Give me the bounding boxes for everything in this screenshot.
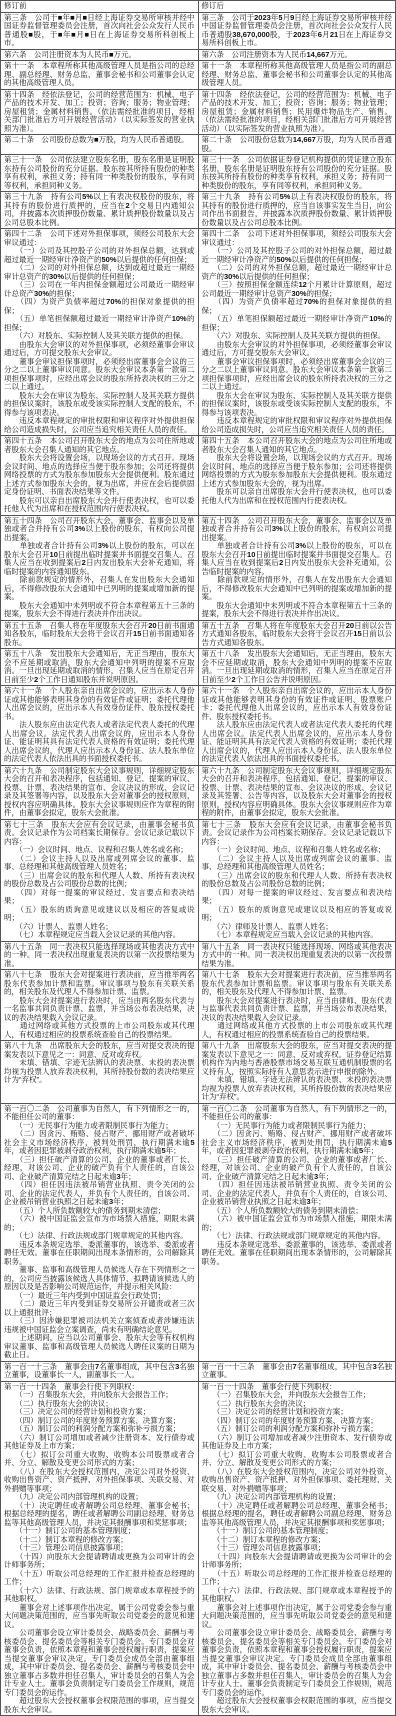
- before-cell-article-102: 第一百〇二条 公司董事为自然人，有下列情形之一的，不能担任公司的董事： （一）无…: [1, 1103, 199, 1361]
- revision-row: 第四十五条 本公司召开股东大会的地点为公司住所地或者股东大会召集人通知的其它地点…: [1, 436, 396, 516]
- after-cell-article-11: 第十一条 本章程所称其他高级管理人员是指公司的副总经理、财务总监、董事会秘书和公…: [198, 61, 396, 90]
- before-cell-article-31: 第三十一条 公司依法建立股东名册，股东名册是证明股东持有公司股份的充分证据。股东…: [1, 155, 199, 192]
- after-cell-article-113: 第一百一十三条 董事会由7名董事组成，其中包含3名独立董事。: [198, 1361, 396, 1381]
- before-cell-article-113: 第一百一十三条 董事会由7名董事组成，其中包含3名独立董事，设董事长一人，副董事…: [1, 1361, 199, 1381]
- after-cell-article-89: 第八十九条 出席股东大会的股东，应当对提交表决的提案发表以下意见之一：同意、反对…: [198, 1041, 396, 1104]
- before-cell-article-14: 第十四条 经依法登记，公司的经营范围为：机械、电子产品的技术开发、加工；投资；咨…: [1, 89, 199, 135]
- after-cell-article-58: 第五十八条 发出股东大会通知后，无正当理由，股东大会不应延期或取消，股东大会通知…: [198, 649, 396, 686]
- before-cell-article-54: 第五十四条 公司召开股东大会，董事会、监事会以及单独或者合并持有公司3%以上股份…: [1, 515, 199, 620]
- after-cell-article-54: 第五十四条 公司召开股东大会，董事会、监事会以及单独或者合并持有公司3%以上股份…: [198, 515, 396, 620]
- revision-row: 第八十七条 股东大会对提案进行表决前，应当推举两名股东代表参加计票和监票。审议事…: [1, 970, 396, 1041]
- after-cell-article-31: 第三十一条 公司依据证券登记机构提供的凭证建立股东名册，股东名册是证明股东持有公…: [198, 155, 396, 192]
- revision-row: 第五十八条 发出股东大会通知后，无正当理由，股东大会不应延期或取消，股东大会通知…: [1, 649, 396, 686]
- after-cell-article-39: 第三十九条 持有公司5%以上有表决权股份的股东，将其持有的股份进行质押的，应当自…: [198, 192, 396, 229]
- revision-row: 第五十五条 召集人将在年度股东大会召开20日前书面通知各股东，临时股东大会将于会…: [1, 620, 396, 649]
- before-cell-article-3: 第三条 公司于■年■月■日经上海证券交易所审核并经中国证券监督管理委员会注册，首…: [1, 12, 199, 49]
- after-cell-article-87: 第八十七条 股东大会对提案进行表决前，应当推举两名股东代表参加计票和监票。审议事…: [198, 970, 396, 1041]
- before-cell-article-6: 第六条 公司注册资本为人民币■万元。: [1, 49, 199, 61]
- after-cell-article-14: 第十四条 经依法登记，公司的经营范围为：机械、电子产品的技术开发、加工；投资；咨…: [198, 89, 396, 135]
- after-cell-article-45: 第四十五条 本公司召开股东大会的地点为公司住所地或者股东大会召集人通知的其它地点…: [198, 436, 396, 516]
- before-cell-article-11: 第十一条 本章程所称其他高级管理人员是指公司的总经理、副总经理、财务总监、董事会…: [1, 61, 199, 90]
- before-cell-article-85: 第八十五条 同一表决权只能选择现场或其他表决方式中的一种。同一表决权出现重复表决…: [1, 941, 199, 970]
- after-cell-article-69: 第六十九条 公司制定股东大会议事规则，详细规定股东大会的召开和表决程序，包括通知…: [198, 765, 396, 819]
- after-cell-article-20: 第二十条 公司股份总数为14,667万股，均为人民币普通股。: [198, 135, 396, 155]
- revision-comparison-table: 修订前 修订后 第三条 公司于■年■月■日经上海证券交易所审核并经中国证券监督管…: [0, 0, 396, 1716]
- revision-row: 第一百一十三条 董事会由7名董事组成，其中包含3名独立董事，设董事长一人，副董事…: [1, 1361, 396, 1381]
- revision-row: 第十四条 经依法登记，公司的经营范围为：机械、电子产品的技术开发、加工；投资；咨…: [1, 89, 396, 135]
- after-cell-article-114: 第一百一十四条 董事会行使下列职权： （一）召集股东大会，并向股东大会报告工作；…: [198, 1381, 396, 1716]
- before-cell-article-114: 第一百一十四条 董事会行使下列职权： （一）召集股东大会，并向股东大会报告工作；…: [1, 1381, 199, 1716]
- before-cell-article-42: 第四十二条 公司下述对外担保事项，须经公司股东大会审议通过： （一）公司及其控股…: [1, 229, 199, 436]
- revision-row: 第五十四条 公司召开股东大会，董事会、监事会以及单独或者合并持有公司3%以上股份…: [1, 515, 396, 620]
- before-cell-article-87: 第八十七条 股东大会对提案进行表决前，应当推举两名股东代表参加计票和监票。审议事…: [1, 970, 199, 1041]
- after-cell-article-61: 第六十一条 个人股东亲自出席会议的，应出示本人身份证或其他能够表明其身份的有效证…: [198, 686, 396, 766]
- before-cell-article-89: 第八十九条 出席股东大会的股东，应当对提交表决的提案发表以下意见之一：同意、反对…: [1, 1041, 199, 1104]
- after-cell-article-102: 第一百〇二条 公司董事为自然人，有下列情形之一的，不能担任公司的董事： （一）无…: [198, 1103, 396, 1361]
- revision-row: 第三十一条 公司依法建立股东名册，股东名册是证明股东持有公司股份的充分证据。股东…: [1, 155, 396, 192]
- revision-row: 第六十一条 个人股东亲自出席会议的，应出示本人身份证或其他能够表明其身份的有效证…: [1, 686, 396, 766]
- revision-row: 第一百一十四条 董事会行使下列职权： （一）召集股东大会，并向股东大会报告工作；…: [1, 1381, 396, 1716]
- before-cell-article-58: 第五十八条 发出股东大会通知后，无正当理由，股东大会不应延期或取消，股东大会通知…: [1, 649, 199, 686]
- before-cell-article-20: 第二十条 公司股份总数为■万股，均为人民币普通股。: [1, 135, 199, 155]
- column-header-after: 修订后: [198, 1, 396, 13]
- revision-row: 第七十三条 股东大会应有会议记录，由董事会秘书负责。会议记录作为公司档案长期保存…: [1, 819, 396, 941]
- column-header-before: 修订前: [1, 1, 199, 13]
- header-row: 修订前 修订后: [1, 1, 396, 13]
- revision-row: 第十一条 本章程所称其他高级管理人员是指公司的总经理、副总经理、财务总监、董事会…: [1, 61, 396, 90]
- before-cell-article-69: 第六十九条 公司制定股东大会议事规则，详细规定股东大会的召开和表决程序，包括通知…: [1, 765, 199, 819]
- after-cell-article-85: 第八十五条 同一表决权只能选择现场、网络或其他表决方式中的一种。同一表决权出现重…: [198, 941, 396, 970]
- before-cell-article-73: 第七十三条 股东大会应有会议记录，由董事会秘书负责。会议记录作为公司档案长期保存…: [1, 819, 199, 941]
- before-cell-article-55: 第五十五条 召集人将在年度股东大会召开20日前书面通知各股东，临时股东大会将于会…: [1, 620, 199, 649]
- revision-row: 第二十条 公司股份总数为■万股，均为人民币普通股。 第二十条 公司股份总数为14…: [1, 135, 396, 155]
- revision-row: 第六十九条 公司制定股东大会议事规则，详细规定股东大会的召开和表决程序，包括通知…: [1, 765, 396, 819]
- after-cell-article-6: 第六条 公司注册资本为人民币14,667万元。: [198, 49, 396, 61]
- revision-row: 第三条 公司于■年■月■日经上海证券交易所审核并经中国证券监督管理委员会注册，首…: [1, 12, 396, 49]
- revision-row: 第八十九条 出席股东大会的股东，应当对提交表决的提案发表以下意见之一：同意、反对…: [1, 1041, 396, 1104]
- revision-row: 第三十九条 持有公司5%以上有表决权股份的股东，将其持有的股份进行质押的，应当在…: [1, 192, 396, 229]
- before-cell-article-45: 第四十五条 本公司召开股东大会的地点为公司住所地或者股东大会召集人通知的其它地点…: [1, 436, 199, 516]
- after-cell-article-42: 第四十二条 公司下述对外担保事项，须经公司股东大会审议通过： （一）公司及其控股…: [198, 229, 396, 436]
- before-cell-article-61: 第六十一条 个人股东亲自出席会议的，应出示本人身份证或其他能够表明其身份的有效证…: [1, 686, 199, 766]
- revision-row: 第六条 公司注册资本为人民币■万元。 第六条 公司注册资本为人民币14,667万…: [1, 49, 396, 61]
- after-cell-article-3: 第三条 公司于2023年5月9日经上海证券交易所审核并经中国证券监督管理委员会注…: [198, 12, 396, 49]
- after-cell-article-55: 第五十五条 召集人将在年度股东大会召开20日前以公告方式通知各股东，临时股东大会…: [198, 620, 396, 649]
- revision-row: 第一百〇二条 公司董事为自然人，有下列情形之一的，不能担任公司的董事： （一）无…: [1, 1103, 396, 1361]
- before-cell-article-39: 第三十九条 持有公司5%以上有表决权股份的股东，将其持有的股份进行质押的，应当在…: [1, 192, 199, 229]
- after-cell-article-73: 第七十三条 股东大会应有会议记录，由董事会秘书负责。会议记录作为公司档案长期保存…: [198, 819, 396, 941]
- revision-row: 第四十二条 公司下述对外担保事项，须经公司股东大会审议通过： （一）公司及其控股…: [1, 229, 396, 436]
- revision-row: 第八十五条 同一表决权只能选择现场或其他表决方式中的一种。同一表决权出现重复表决…: [1, 941, 396, 970]
